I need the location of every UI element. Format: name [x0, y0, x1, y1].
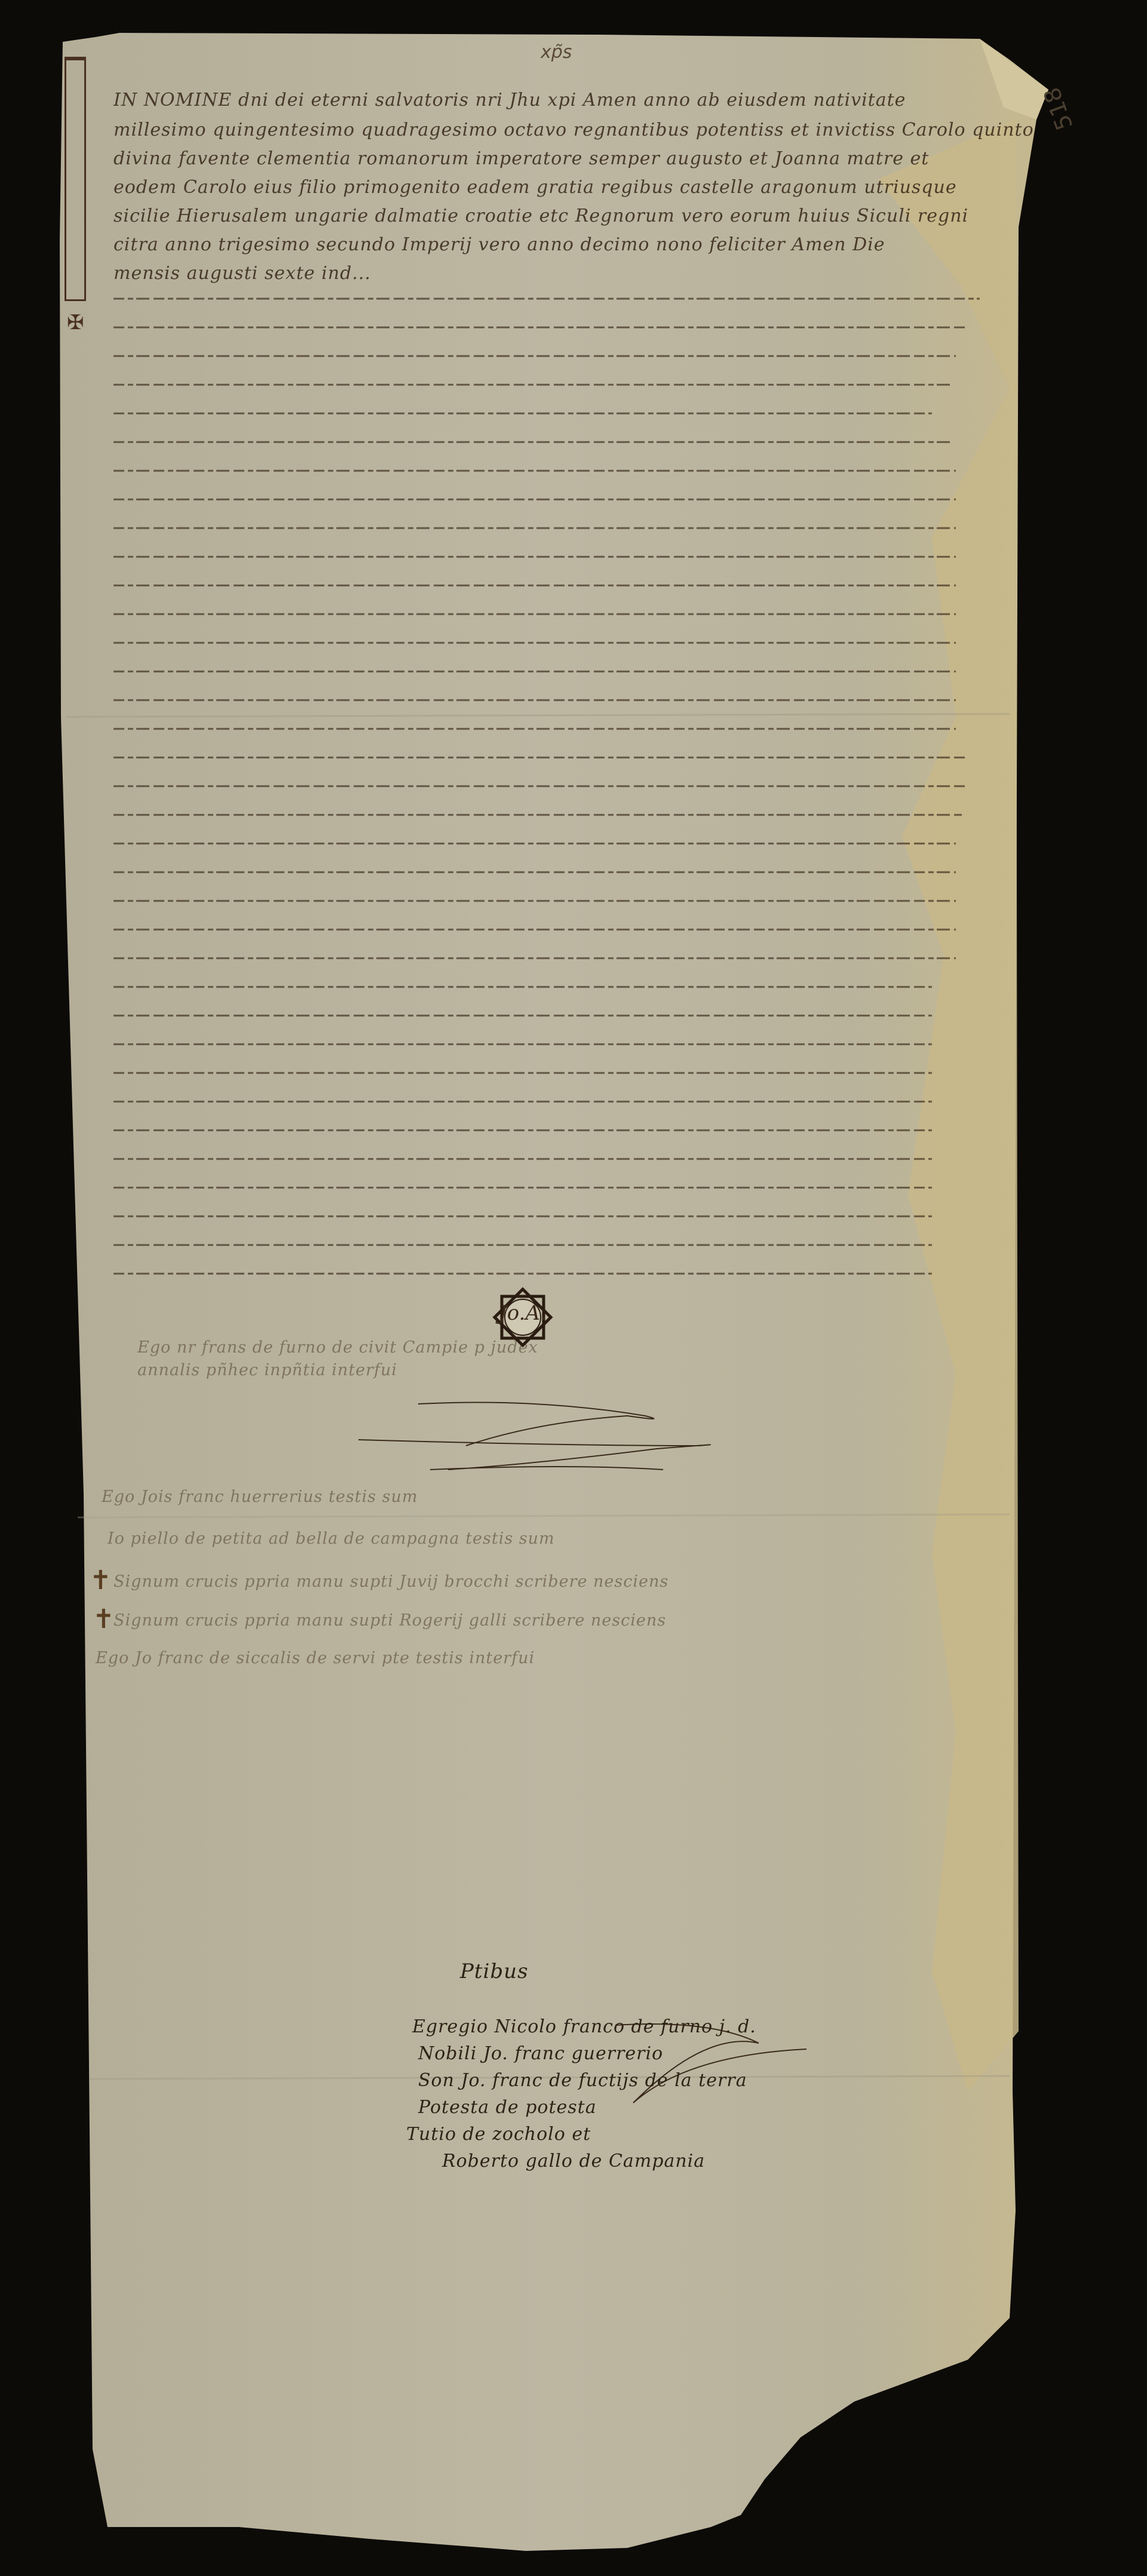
witness-mark: Io piello de petita ad bella de campagna… [108, 1529, 555, 1548]
cross-icon: ✝ [90, 1565, 112, 1596]
witness-name: Son Jo. franc de fuctijs de la terra [418, 2070, 747, 2091]
witness-name: Potesta de potesta [418, 2097, 597, 2118]
witness-name: Tutio de zocholo et [406, 2124, 591, 2145]
witness-mark: Signum crucis ppria manu supti Juvij bro… [114, 1572, 668, 1591]
witness-name: Nobili Jo. franc guerrerio [418, 2043, 663, 2064]
subscription-line: annalis pñhec inpñtia interfui [137, 1361, 397, 1379]
subscription-line: Ego nr frans de furno de civit Campie p … [137, 1338, 538, 1357]
seal-label: Jo.A. [490, 1301, 556, 1325]
witness-mark: Ego Jois franc huerrerius testis sum [102, 1488, 418, 1506]
witness-mark: Signum crucis ppria manu supti Rogerij g… [114, 1611, 666, 1630]
illegible-text-block [0, 0, 1147, 2576]
cross-icon: ✝ [93, 1604, 115, 1634]
presentibus-heading: Ptibus [460, 1959, 529, 1983]
witness-mark: Ego Jo franc de siccalis de servi pte te… [96, 1649, 535, 1667]
manuscript-scan: xp̃s 518 ✠ IN NOMINE dni dei eterni salv… [0, 0, 1147, 2576]
witness-name: Egregio Nicolo franco de furno j. d. [412, 2016, 756, 2037]
notarial-seal: Jo.A. [490, 1284, 556, 1350]
witness-name: Roberto gallo de Campania [442, 2151, 705, 2172]
